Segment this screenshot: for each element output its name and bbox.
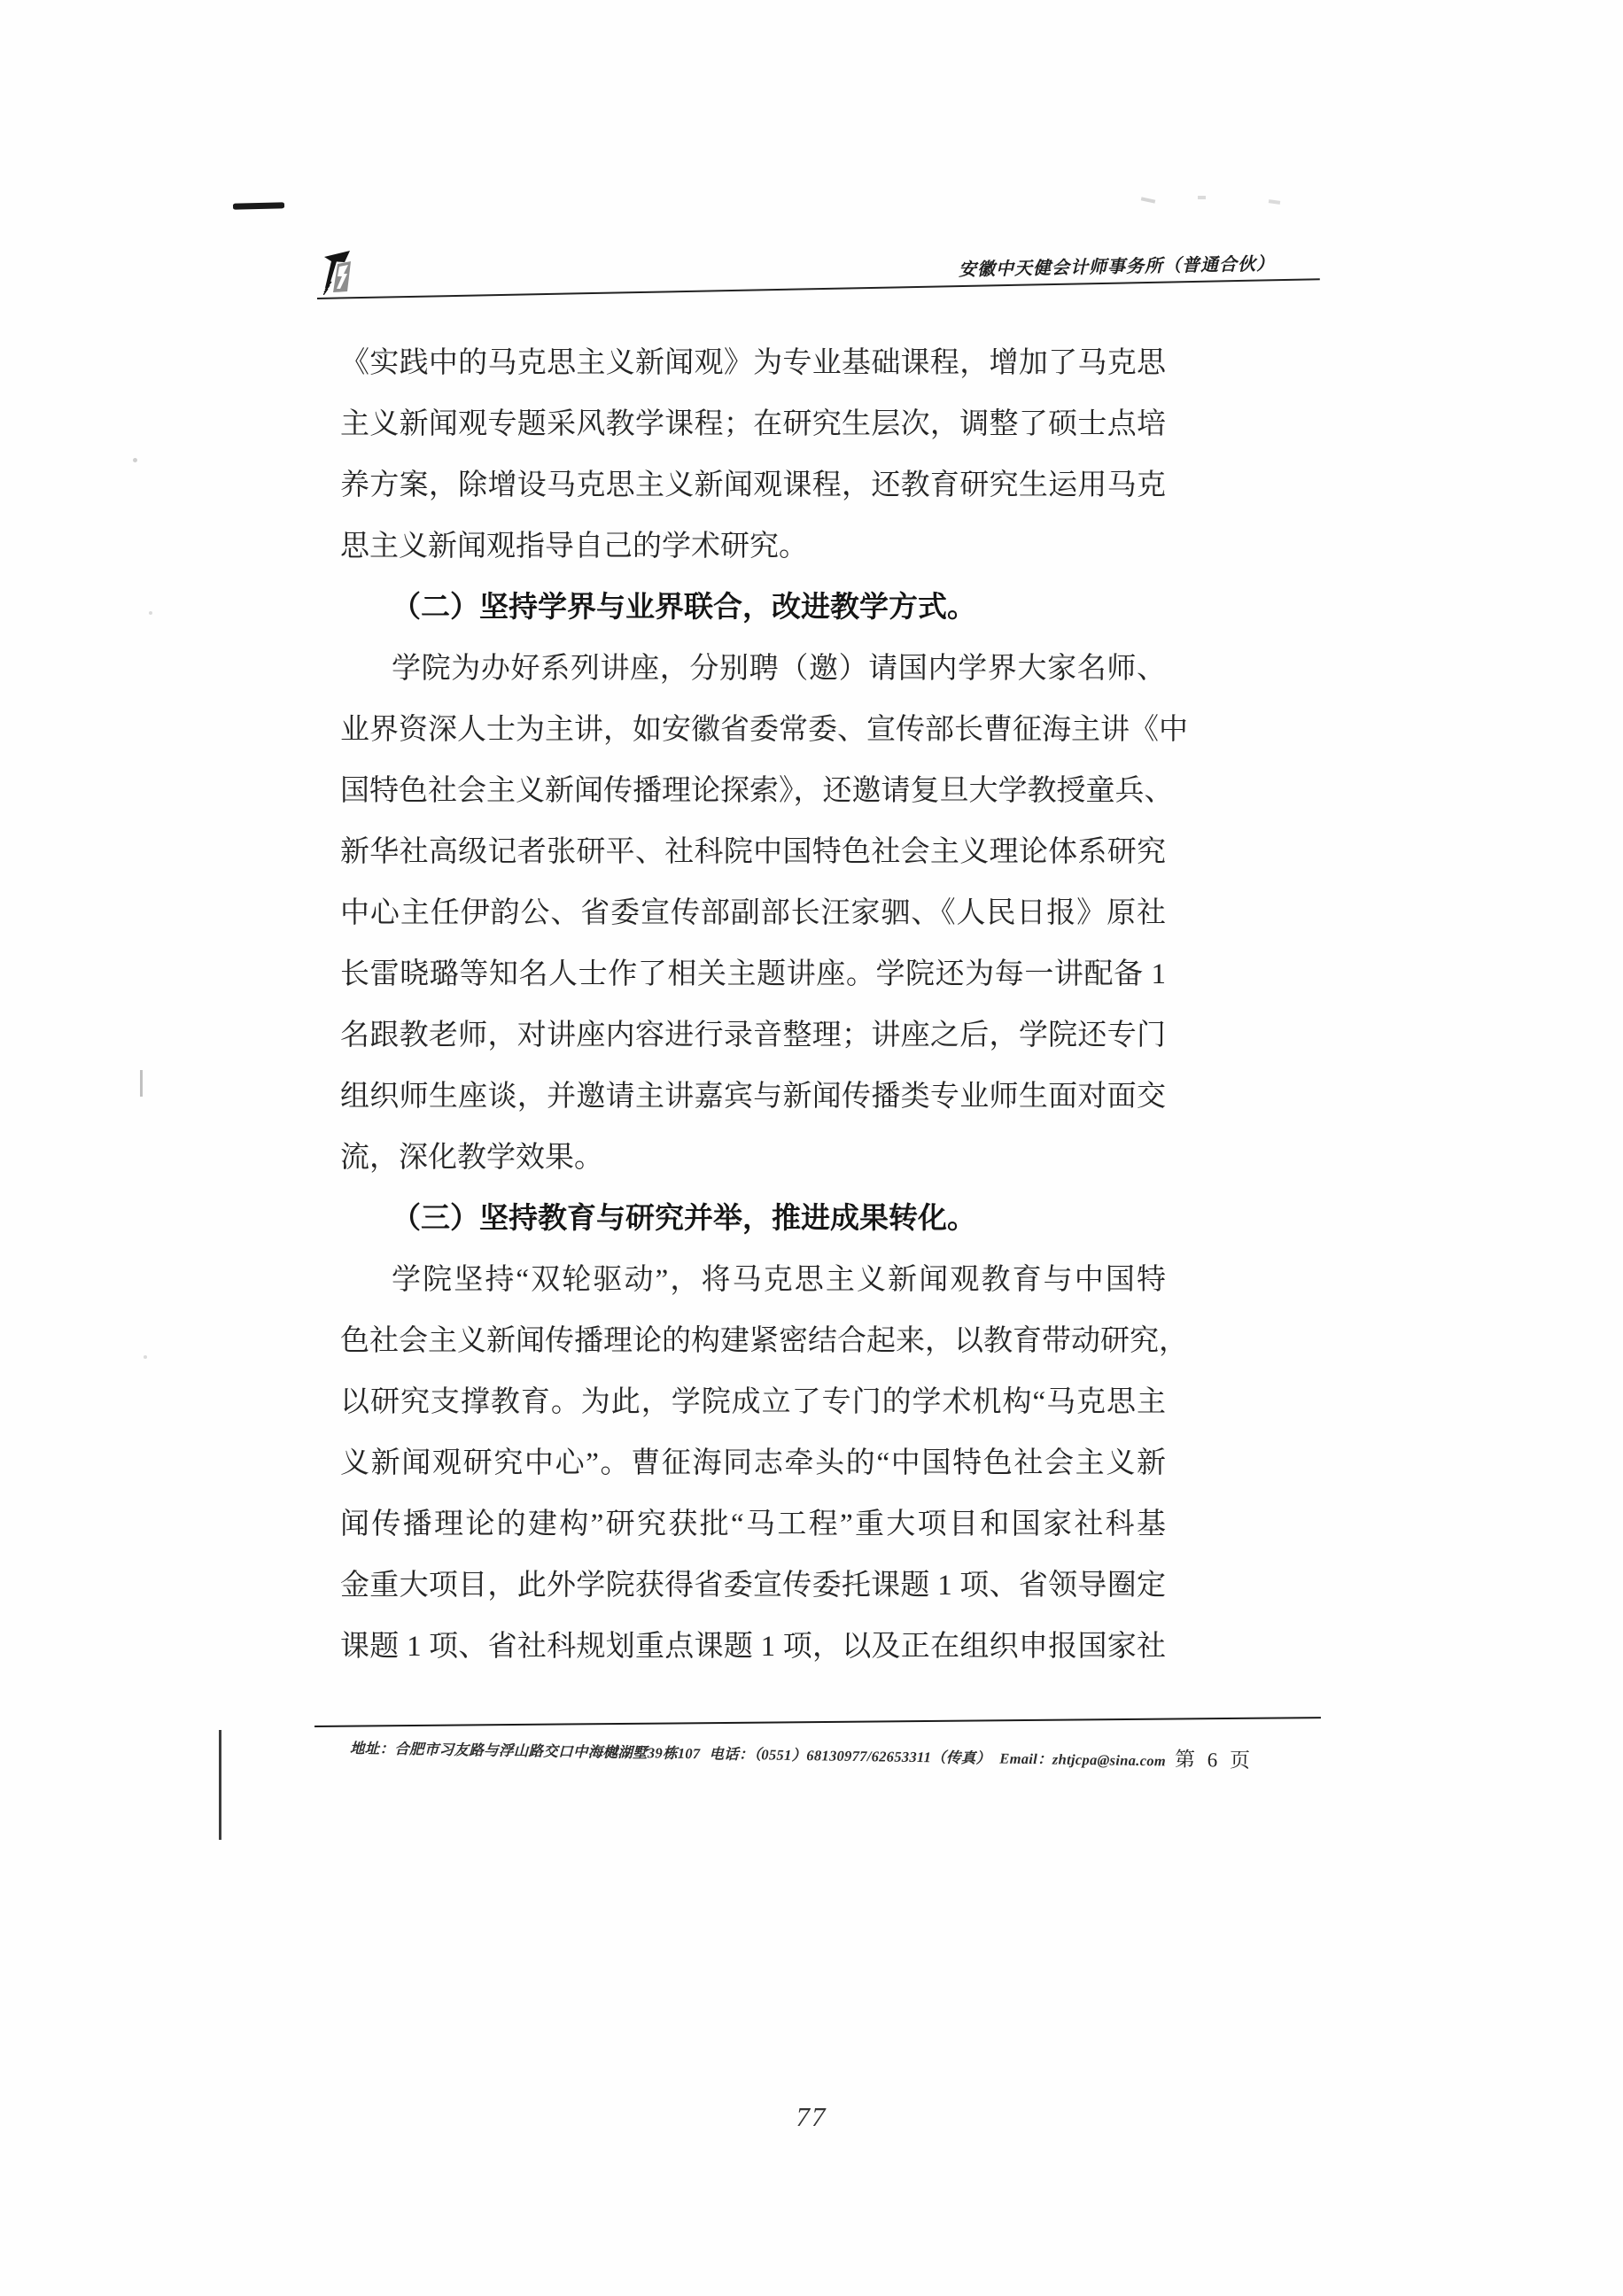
text-line-21: 金重大项目，此外学院获得省委宣传委托课题 1 项、省领导圈定 [340,1555,1166,1617]
text-line-18: 以研究支撑教育。为此，学院成立了专门的学术机构“马克思主 [340,1372,1166,1433]
text-line-16: 学院坚持“双轮驱动”，将马克思主义新闻观教育与中国特 [340,1250,1166,1311]
scan-speck [133,458,137,462]
text-line-3: 养方案，除增设马克思主义新闻观课程，还教育研究生运用马克 [340,455,1166,516]
firm-logo-icon [323,251,353,295]
header-rule [317,278,1320,299]
text-line-22: 课题 1 项、省社科规划重点课题 1 项，以及正在组织申报国家社 [340,1617,1166,1678]
text-line-10: 中心主任伊韵公、省委宣传部副部长汪家驷、《人民日报》原社 [340,883,1166,944]
text-line-15: （三）坚持教育与研究并举，推进成果转化。 [340,1189,1166,1250]
document-body: 《实践中的马克思主义新闻观》为专业基础课程，增加了马克思主义新闻观专题采风教学课… [340,333,1166,1678]
text-line-9: 新华社高级记者张研平、社科院中国特色社会主义理论体系研究 [340,822,1166,883]
text-line-8: 国特色社会主义新闻传播理论探索》，还邀请复旦大学教授童兵、 [340,761,1166,822]
text-line-14: 流，深化教学效果。 [340,1128,1166,1189]
footer: 地址：合肥市习友路与浮山路交口中海樾湖墅39栋107 电话：（0551）6813… [350,1730,1174,1772]
text-line-17: 色社会主义新闻传播理论的构建紧密结合起来，以教育带动研究， [340,1311,1166,1372]
text-line-6: 学院为办好系列讲座，分别聘（邀）请国内学界大家名师、 [340,639,1166,700]
footer-rule [315,1717,1321,1727]
text-line-4: 思主义新闻观指导自己的学术研究。 [340,516,1166,578]
text-line-13: 组织师生座谈，并邀请主讲嘉宾与新闻传播类专业师生面对面交 [340,1067,1166,1128]
scan-speck [149,611,152,615]
scan-mark-vertical-line [219,1730,221,1840]
footer-address: 地址：合肥市习友路与浮山路交口中海樾湖墅39栋107 [350,1736,701,1763]
text-line-2: 主义新闻观专题采风教学课程；在研究生层次，调整了硕士点培 [340,394,1166,455]
text-line-20: 闻传播理论的建构”研究获批“马工程”重大项目和国家社科基 [340,1494,1166,1555]
scanned-document-page: 安徽中天健会计师事务所（普通合伙） 《实践中的马克思主义新闻观》为专业基础课程，… [0,0,1623,2296]
footer-page-label: 第 6 页 [1175,1743,1254,1773]
scan-mark-vertical-tick [140,1070,143,1097]
page-number: 77 [0,2101,1623,2133]
text-line-7: 业界资深人士为主讲，如安徽省委常委、宣传部长曹征海主讲《中 [340,700,1166,761]
text-line-19: 义新闻观研究中心”。曹征海同志牵头的“中国特色社会主义新 [340,1433,1166,1494]
letterhead: 安徽中天健会计师事务所（普通合伙） [0,0,1623,319]
text-line-1: 《实践中的马克思主义新闻观》为专业基础课程，增加了马克思 [340,333,1166,394]
text-line-12: 名跟教老师，对讲座内容进行录音整理；讲座之后，学院还专门 [340,1005,1166,1067]
footer-email: Email：zhtjcpa@sina.com [999,1747,1166,1771]
text-line-11: 长雷晓璐等知名人士作了相关主题讲座。学院还为每一讲配备 1 [340,944,1166,1005]
scan-speck [144,1355,147,1359]
footer-phone: 电话：（0551）68130977/62653311（传真） [709,1741,990,1767]
text-line-5: （二）坚持学界与业界联合，改进教学方式。 [340,578,1166,639]
firm-name: 安徽中天健会计师事务所（普通合伙） [959,249,1275,281]
